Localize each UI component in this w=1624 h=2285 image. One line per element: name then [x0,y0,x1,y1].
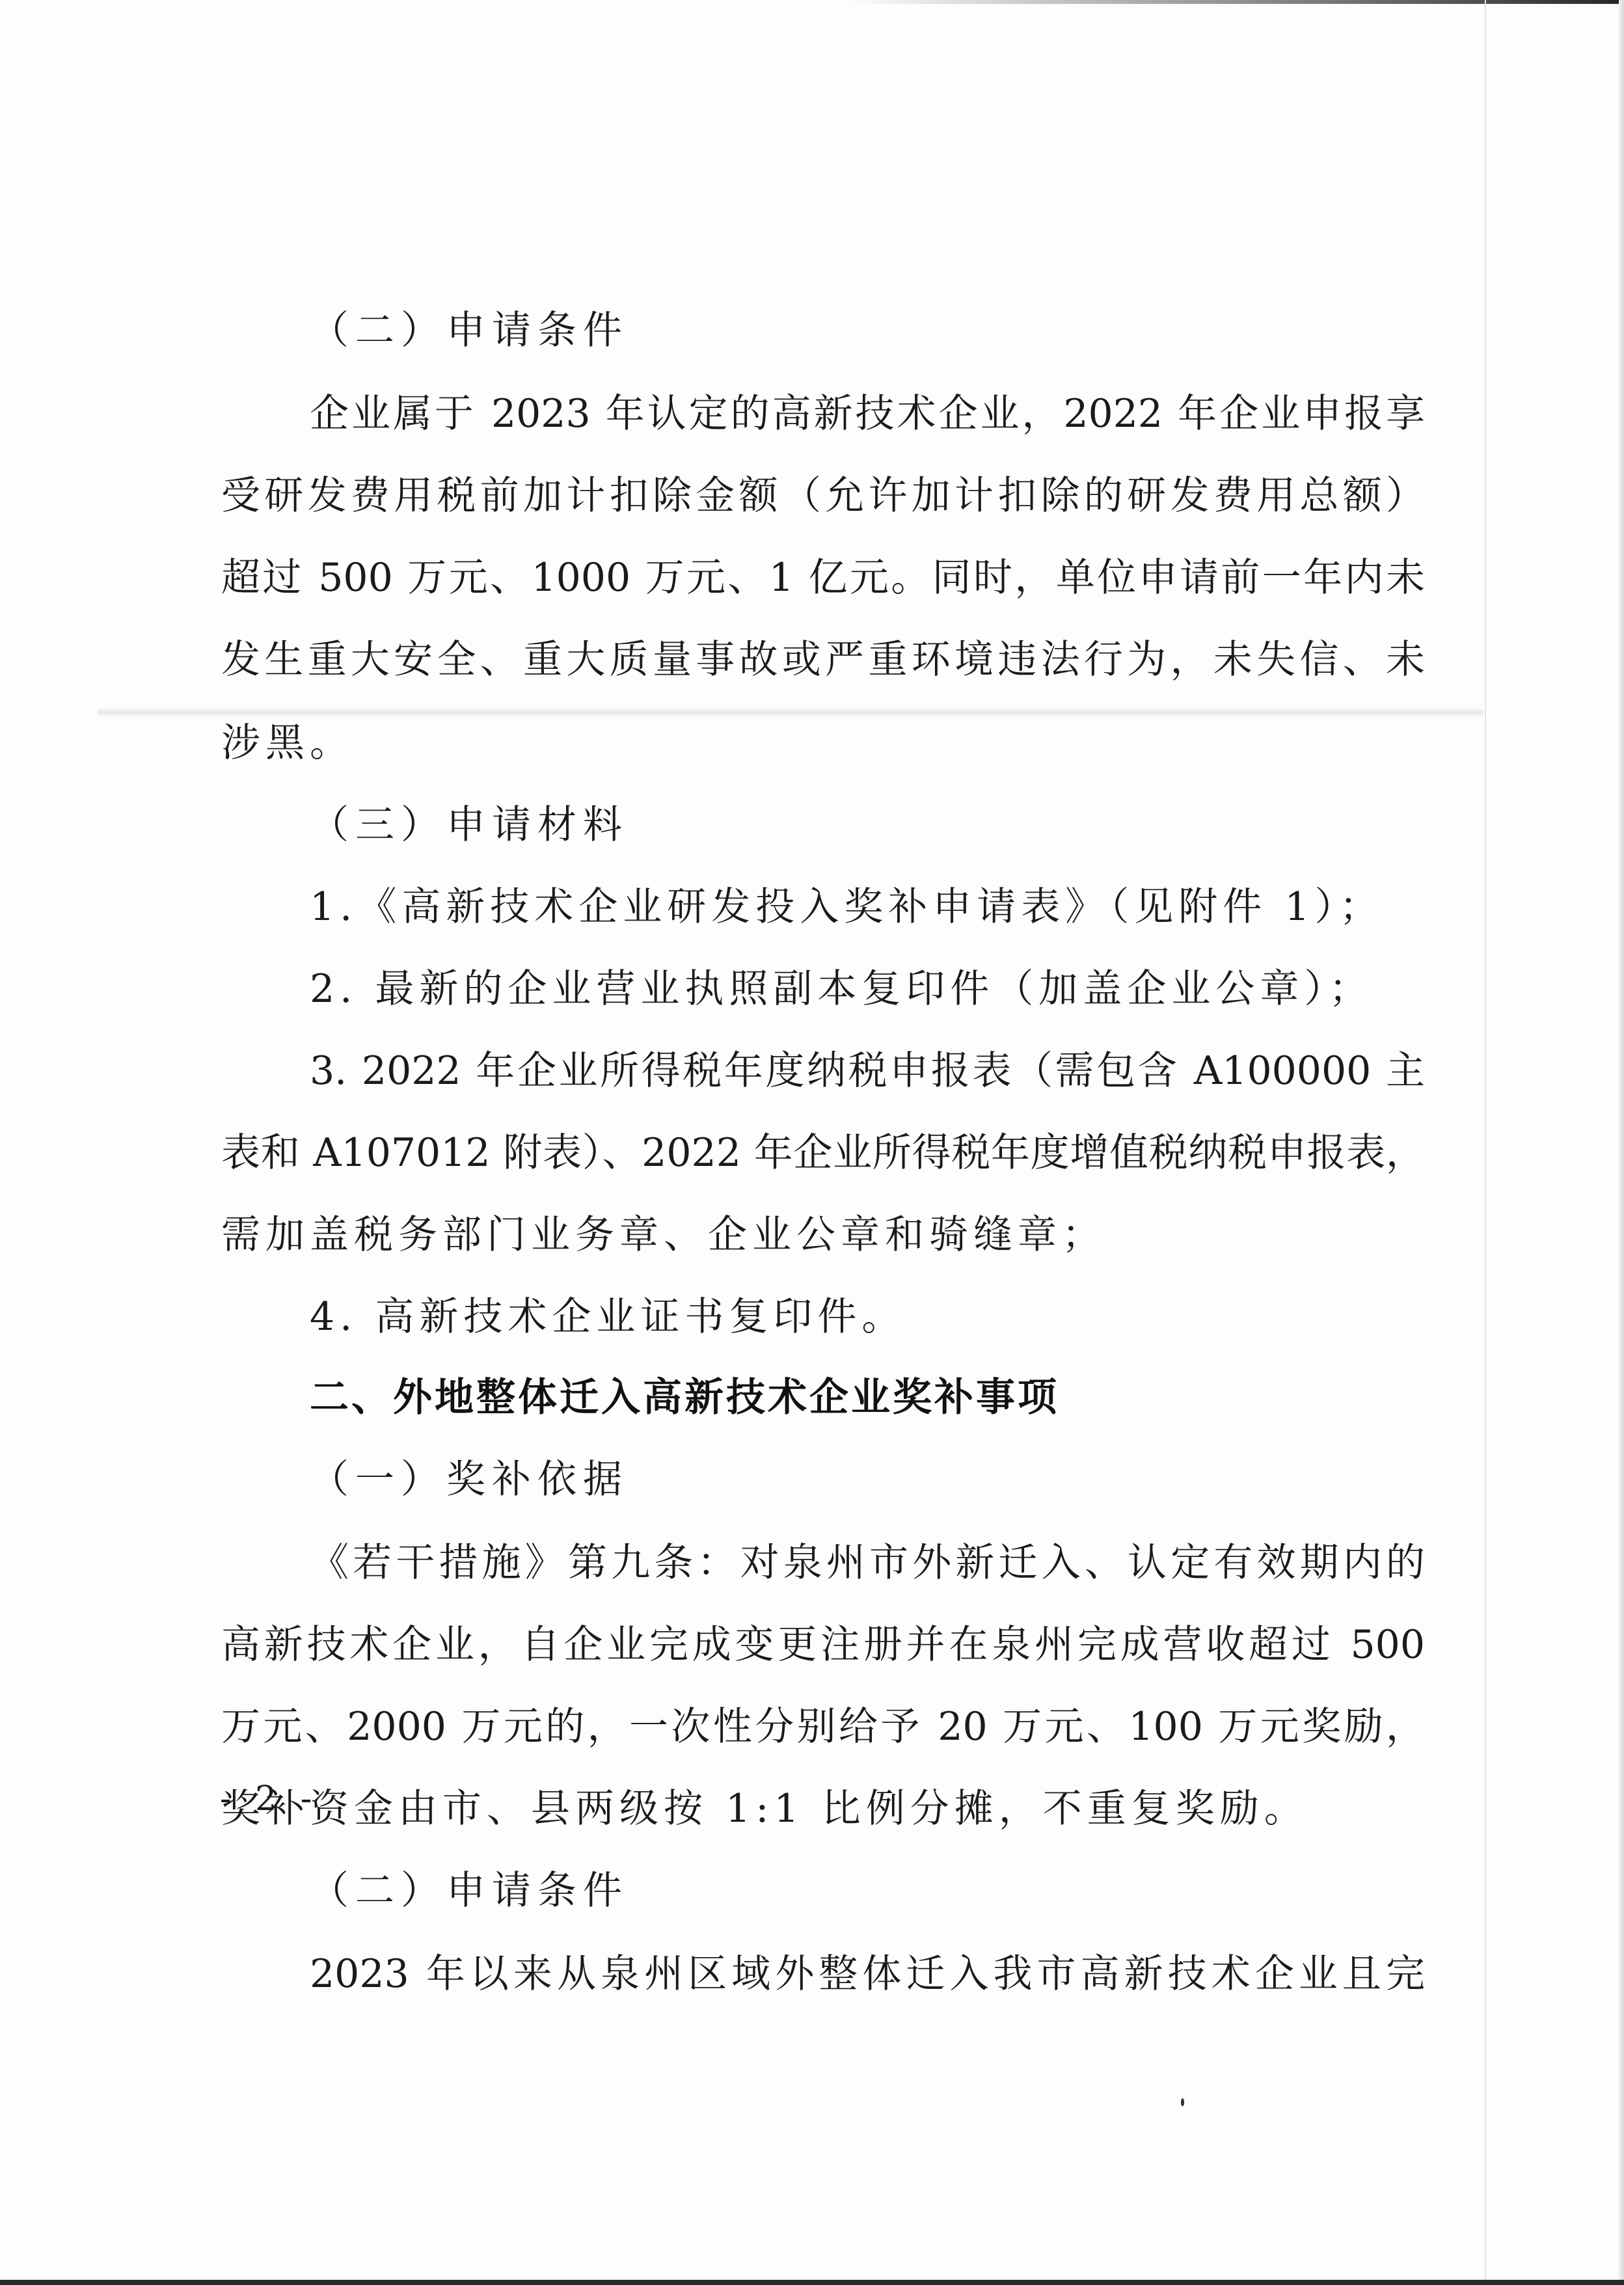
paragraph-line: 万元、2000 万元的，一次性分别给予 20 万元、100 万元奖励， [221,1701,1425,1753]
material-item-3-cont: 需加盖税务部门业务章、企业公章和骑缝章； [221,1209,1425,1261]
page-number: - 2 - [220,1776,318,1822]
paragraph-line: 超过 500 万元、1000 万元、1 亿元。同时，单位申请前一年内未 [221,552,1425,604]
material-item-4: 4. 高新技术企业证书复印件。 [310,1291,1425,1343]
material-item-1: 1.《高新技术企业研发投入奖补申请表》（见附件 1）； [310,881,1425,933]
paragraph-line: 2023 年以来从泉州区域外整体迁入我市高新技术企业且完 [310,1948,1425,2000]
material-item-2: 2. 最新的企业营业执照副本复印件（加盖企业公章）； [310,963,1425,1015]
section-heading-materials: （三）申请材料 [310,799,629,851]
material-item-3: 3. 2022 年企业所得税年度纳税申报表（需包含 A100000 主 [310,1045,1425,1097]
section-heading-conditions: （二）申请条件 [310,304,629,357]
paragraph-line: 奖补资金由市、县两级按 1:1 比例分摊，不重复奖励。 [221,1783,1425,1835]
section-heading-conditions-2: （二）申请条件 [310,1865,629,1917]
document-page: （二）申请条件 企业属于 2023 年认定的高新技术企业，2022 年企业申报享… [0,0,1624,2285]
document-body: （二）申请条件 企业属于 2023 年认定的高新技术企业，2022 年企业申报享… [0,0,1624,2285]
paragraph-line: 发生重大安全、重大质量事故或严重环境违法行为，未失信、未 [221,634,1425,686]
paragraph-line: 受研发费用税前加计扣除金额（允许加计扣除的研发费用总额） [221,470,1425,522]
section-heading-basis: （一）奖补依据 [310,1453,629,1506]
paragraph-line: 企业属于 2023 年认定的高新技术企业，2022 年企业申报享 [310,388,1425,440]
section-title-relocation: 二、外地整体迁入高新技术企业奖补事项 [310,1372,1059,1424]
paragraph-line: 高新技术企业，自企业完成变更注册并在泉州完成营收超过 500 [221,1619,1425,1671]
paragraph-line: 涉黑。 [221,717,1425,769]
paragraph-line: 《若干措施》第九条：对泉州市外新迁入、认定有效期内的 [310,1537,1425,1589]
material-item-3-cont: 表和 A107012 附表）、2022 年企业所得税年度增值税纳税申报表， [221,1127,1425,1179]
